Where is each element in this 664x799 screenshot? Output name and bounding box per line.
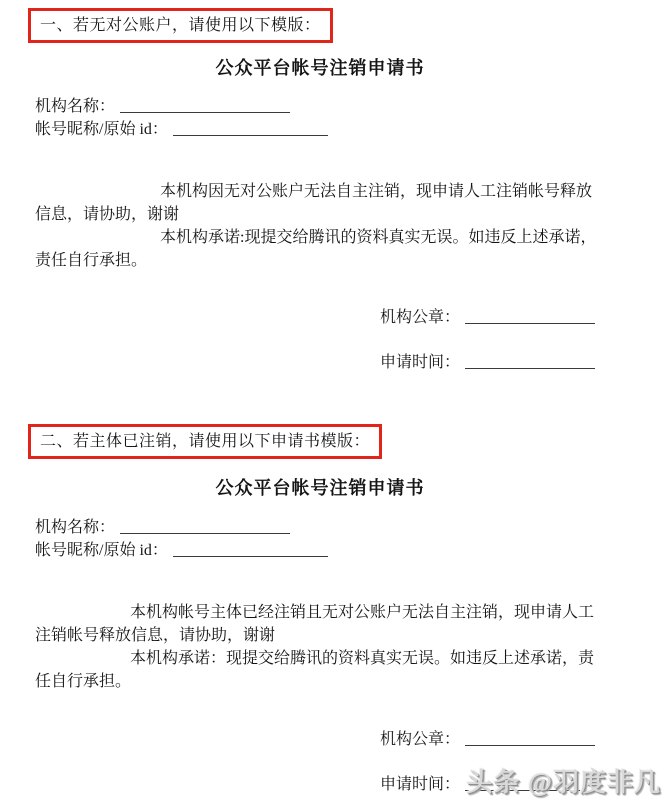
section-2-heading: 二、若主体已注销，请使用以下申请书模版： bbox=[40, 433, 370, 450]
toutiao-watermark: 头条 @羽度非凡 bbox=[466, 762, 661, 799]
account-nickname-row: 帐号昵称/原始 id： bbox=[35, 539, 664, 562]
section-1-heading: 一、若无对公账户，请使用以下模版： bbox=[40, 17, 321, 34]
org-seal-label: 机构公章： bbox=[380, 731, 460, 748]
section-1-document-title: 公众平台帐号注销申请书 bbox=[35, 57, 605, 79]
account-nickname-blank bbox=[173, 120, 328, 136]
apply-date-row: 申请时间： bbox=[380, 351, 664, 374]
section-1-fields: 机构名称： 帐号昵称/原始 id： bbox=[35, 95, 664, 141]
org-seal-label: 机构公章： bbox=[380, 309, 460, 326]
org-name-label: 机构名称： bbox=[35, 519, 115, 536]
document-page: 一、若无对公账户，请使用以下模版： 公众平台帐号注销申请书 机构名称： 帐号昵称… bbox=[0, 0, 664, 799]
org-name-blank bbox=[120, 518, 290, 534]
section-1-highlight-box: 一、若无对公账户，请使用以下模版： bbox=[28, 8, 333, 43]
org-name-blank bbox=[120, 97, 290, 113]
section-2-body: 本机构帐号主体已经注销且无对公账户无法自主注销，现申请人工 注销帐号释放信息，请… bbox=[35, 601, 620, 693]
section-2-highlight-box: 二、若主体已注销，请使用以下申请书模版： bbox=[28, 424, 382, 459]
account-nickname-blank bbox=[173, 541, 328, 557]
section-2-fields: 机构名称： 帐号昵称/原始 id： bbox=[35, 516, 664, 562]
paragraph-line: 任自行承担。 bbox=[35, 670, 620, 693]
paragraph-line: 注销帐号释放信息，请协助，谢谢 bbox=[35, 624, 620, 647]
org-seal-blank bbox=[465, 308, 595, 324]
org-seal-blank bbox=[465, 730, 595, 746]
org-name-row: 机构名称： bbox=[35, 95, 664, 118]
paragraph-line: 责任自行承担。 bbox=[35, 249, 620, 272]
org-name-row: 机构名称： bbox=[35, 516, 664, 539]
account-nickname-row: 帐号昵称/原始 id： bbox=[35, 118, 664, 141]
paragraph-line: 本机构承诺:现提交给腾讯的资料真实无误。如违反上述承诺， bbox=[35, 226, 620, 249]
paragraph-line: 本机构帐号主体已经注销且无对公账户无法自主注销，现申请人工 bbox=[35, 601, 620, 624]
account-nickname-label: 帐号昵称/原始 id： bbox=[35, 542, 168, 559]
paragraph-line: 信息，请协助，谢谢 bbox=[35, 203, 620, 226]
apply-date-label: 申请时间： bbox=[380, 776, 460, 793]
paragraph-line: 本机构因无对公账户无法自主注销，现申请人工注销帐号释放 bbox=[35, 180, 620, 203]
paragraph-line: 本机构承诺：现提交给腾讯的资料真实无误。如违反上述承诺，责 bbox=[35, 647, 620, 670]
apply-date-blank bbox=[465, 353, 595, 369]
apply-date-label: 申请时间： bbox=[380, 354, 460, 371]
org-name-label: 机构名称： bbox=[35, 98, 115, 115]
section-1-body: 本机构因无对公账户无法自主注销，现申请人工注销帐号释放 信息，请协助，谢谢 本机… bbox=[35, 180, 620, 272]
org-seal-row: 机构公章： bbox=[380, 728, 664, 751]
section-2-document-title: 公众平台帐号注销申请书 bbox=[35, 477, 605, 499]
org-seal-row: 机构公章： bbox=[380, 306, 664, 329]
account-nickname-label: 帐号昵称/原始 id： bbox=[35, 121, 168, 138]
